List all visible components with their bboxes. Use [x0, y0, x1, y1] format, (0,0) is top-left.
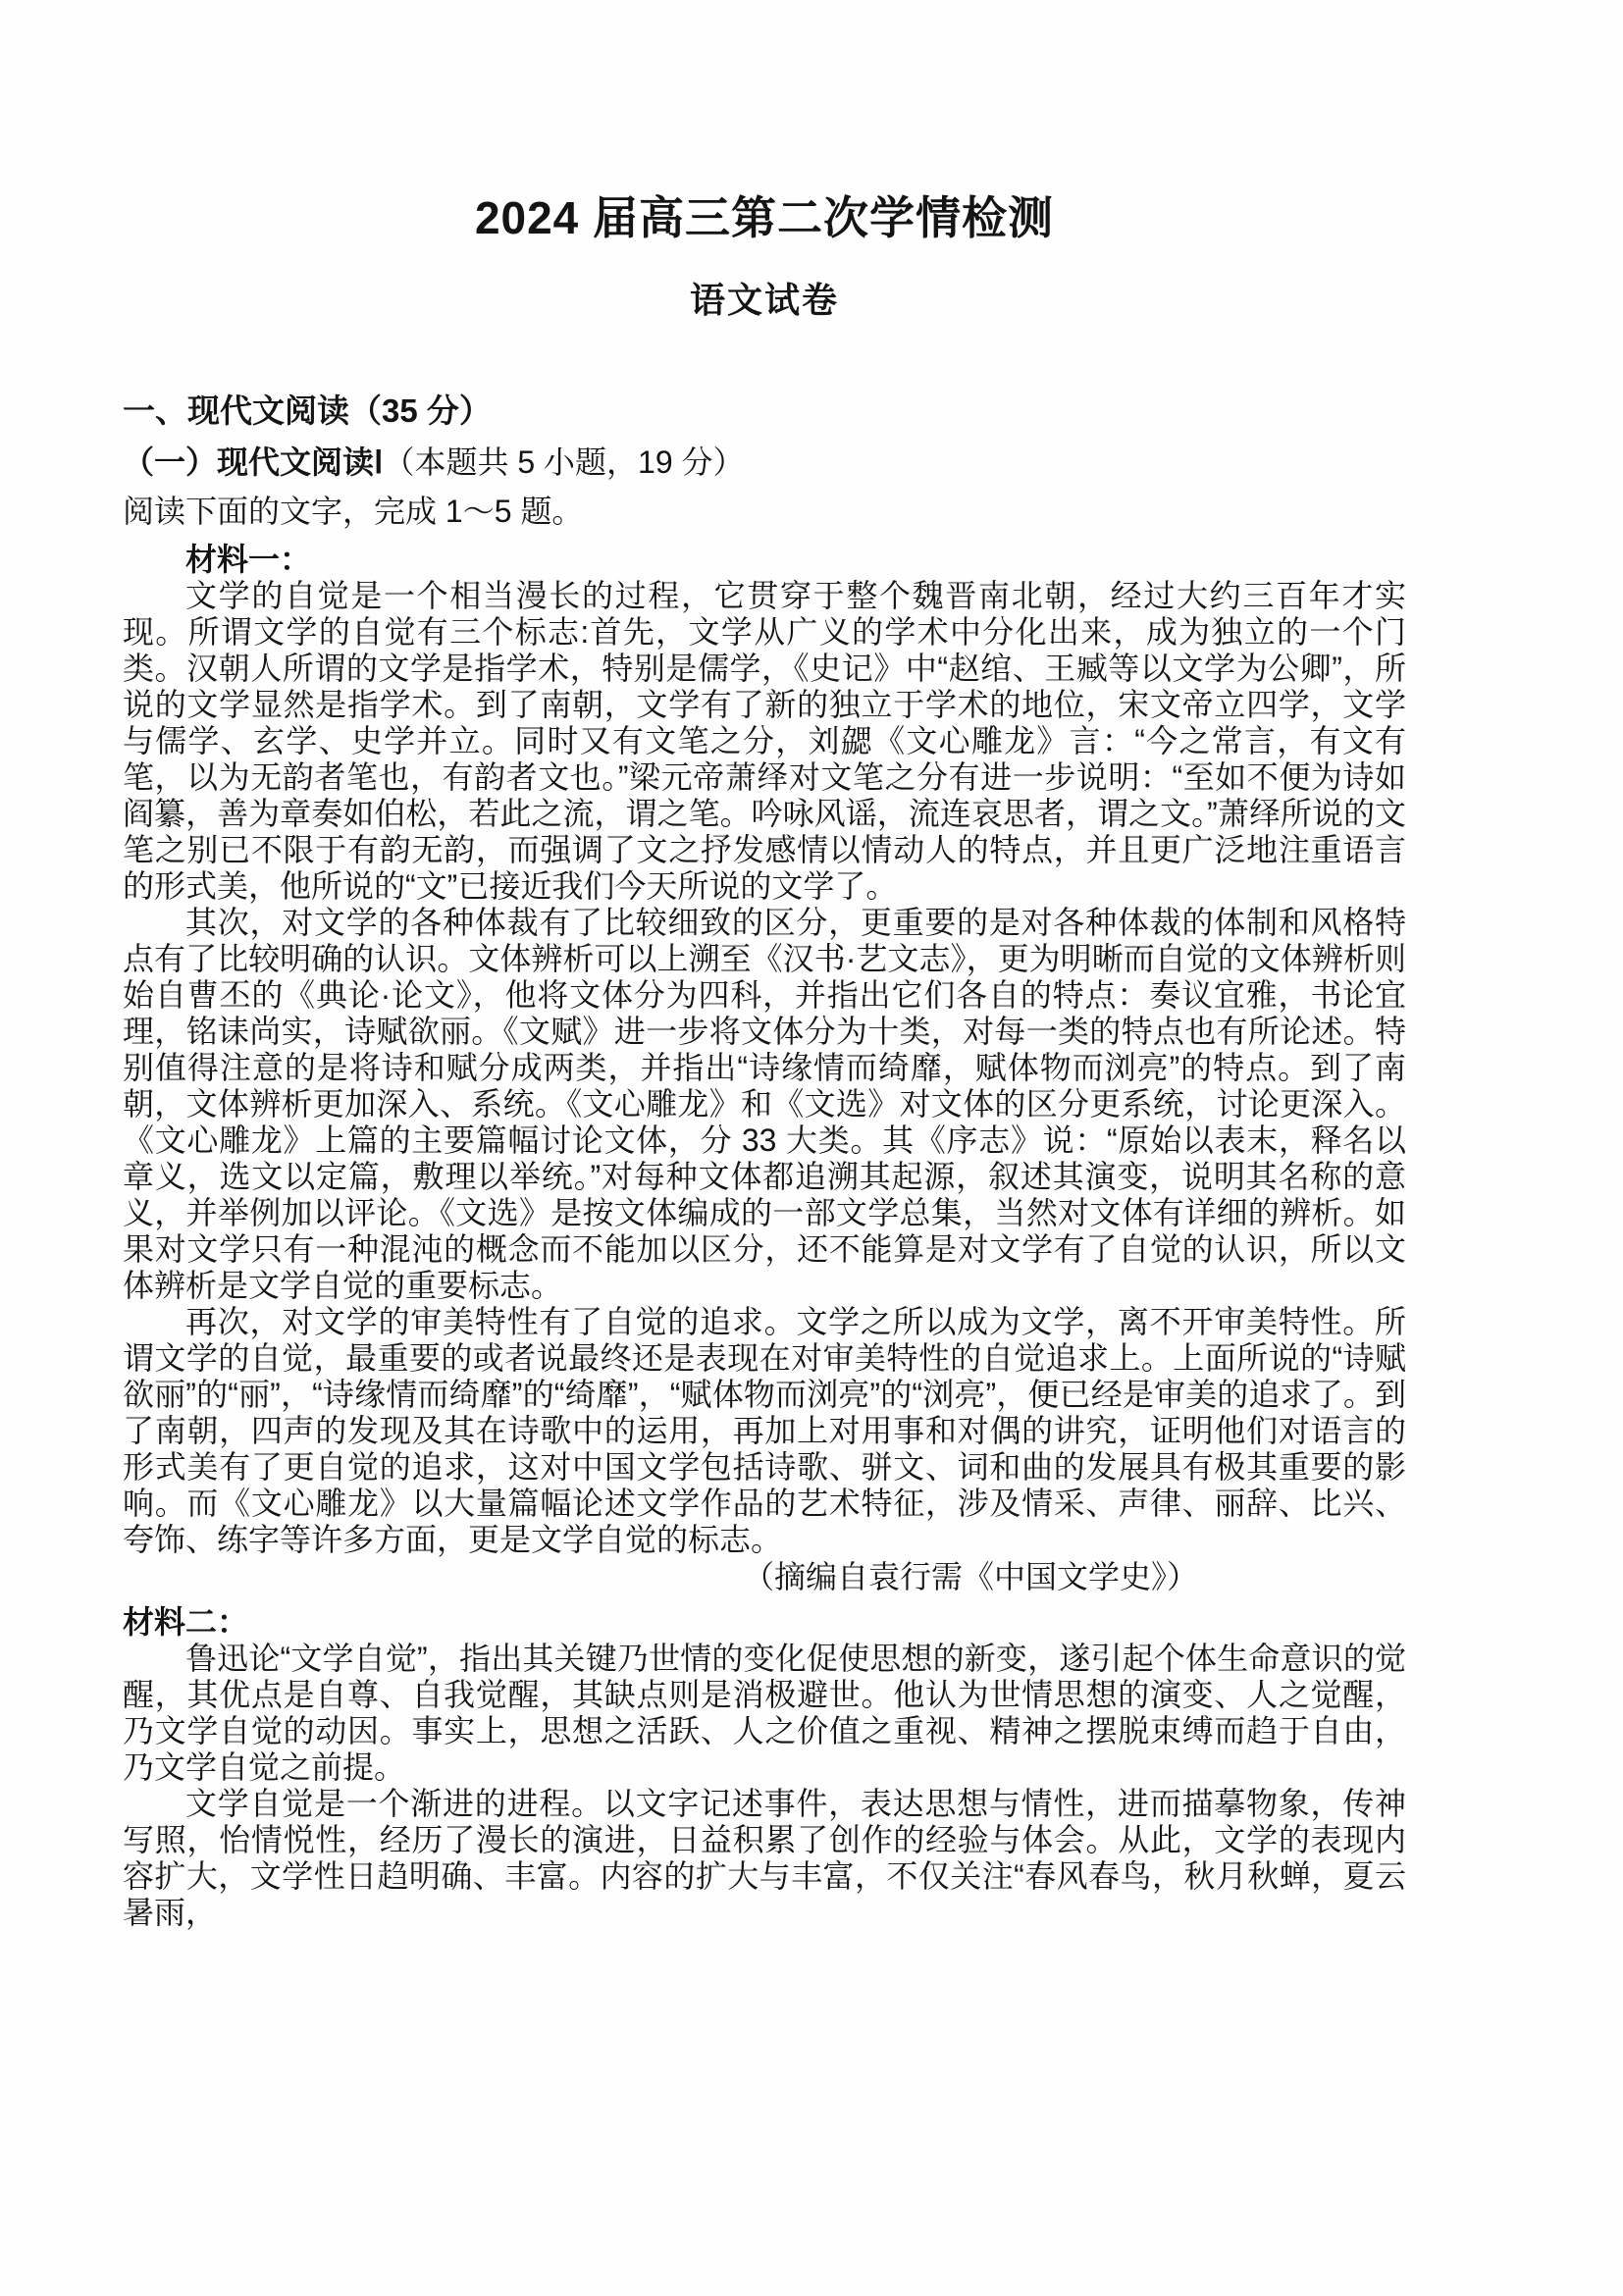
section-1-heading: 一、现代文阅读（35 分） — [123, 390, 1406, 433]
page-subtitle: 语文试卷 — [123, 280, 1406, 321]
material-1-paragraph-3: 再次，对文学的审美特性有了自觉的追求。文学之所以成为文学，离不开审美特性。所谓文… — [123, 1304, 1406, 1558]
material-2-paragraph-1: 鲁迅论“文学自觉”，指出其关键乃世情的变化促使思想的新变，遂引起个体生命意识的觉… — [123, 1641, 1406, 1786]
section-1-subheading-points: （本题共 5 小题，19 分） — [383, 444, 744, 480]
material-1-label: 材料一： — [123, 541, 1406, 578]
reading-instruction: 阅读下面的文字，完成 1～5 题。 — [123, 490, 1406, 533]
material-2-label: 材料二： — [123, 1603, 1406, 1641]
material-2-paragraph-2: 文学自觉是一个渐进的进程。以文字记述事件，表达思想与情性，进而描摹物象，传神写照… — [123, 1786, 1406, 1931]
section-1-subheading: （一）现代文阅读Ⅰ（本题共 5 小题，19 分） — [123, 441, 1406, 484]
material-1-paragraph-2: 其次，对文学的各种体裁有了比较细致的区分，更重要的是对各种体裁的体制和风格特点有… — [123, 905, 1406, 1304]
page-title: 2024 届高三第二次学情检测 — [123, 191, 1406, 244]
exam-paper-page: 2024 届高三第二次学情检测 语文试卷 一、现代文阅读（35 分） （一）现代… — [0, 0, 1623, 2296]
material-1-attribution: （摘编自袁行需《中国文学史》） — [123, 1558, 1406, 1595]
section-1-subheading-title: （一）现代文阅读Ⅰ — [123, 444, 383, 480]
material-1-paragraph-1: 文学的自觉是一个相当漫长的过程，它贯穿于整个魏晋南北朝，经过大约三百年才实现。所… — [123, 578, 1406, 905]
